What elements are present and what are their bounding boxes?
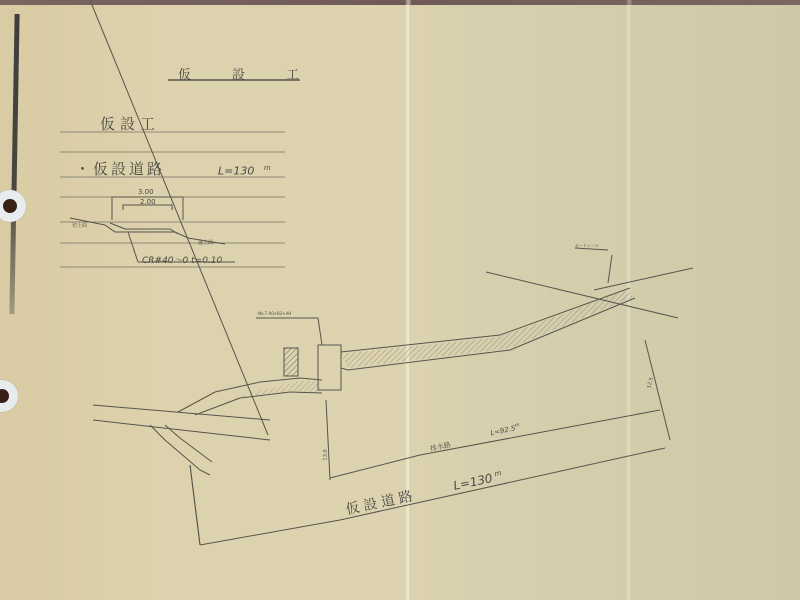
end-note: ガードレール [575, 243, 599, 249]
item-length-unit: m [264, 164, 271, 172]
section-heading: 仮設工 [100, 113, 160, 134]
cross-section-right-label: 盛土面 [198, 239, 213, 246]
item-label: ・仮設道路 [75, 158, 165, 179]
drawing-canvas [0, 0, 800, 600]
item-length-group: L=130 m [218, 164, 271, 178]
road-length-unit: m [494, 469, 502, 478]
item-length: L=130 [218, 165, 254, 178]
dimension-lines [190, 340, 670, 545]
temporary-road-plan [178, 248, 693, 415]
left-offset: 13.0 [322, 449, 328, 460]
channel-length-unit: m [514, 422, 520, 429]
start-note: No.7 A0+82+AH [258, 311, 291, 316]
cross-section-dim-outer: 3.00 [138, 188, 154, 196]
cross-section-left-label: 切土面 [72, 222, 87, 229]
material-note: CR#40～0 t=0.10 [142, 253, 222, 266]
document-title: 仮 設 工 [178, 64, 313, 83]
cross-section-dim-inner: 2.00 [140, 198, 156, 206]
